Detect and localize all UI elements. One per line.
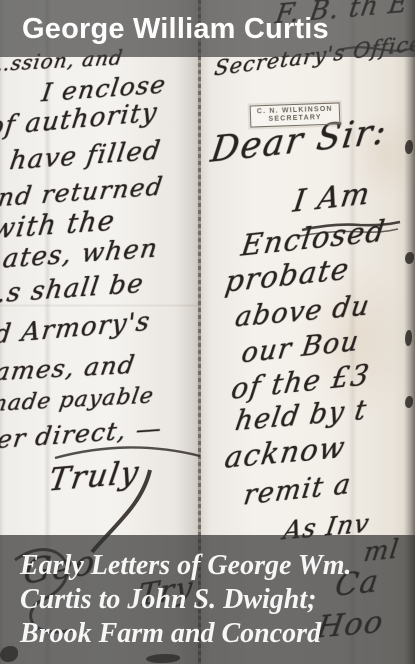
book-title: Early Letters of George Wm. Curtis to Jo…	[0, 535, 415, 651]
author-band: George William Curtis	[0, 0, 415, 57]
book-title-line-2: Curtis to John S. Dwight;	[20, 583, 407, 617]
book-cover: …ssion, and I enclose of authority have …	[0, 0, 415, 664]
book-title-line-3: Brook Farm and Concord	[20, 617, 407, 651]
book-title-line-1: Early Letters of George Wm.	[20, 549, 407, 583]
secretary-stamp: C. N. WILKINSON SECRETARY	[250, 102, 341, 127]
stamp-title: SECRETARY	[257, 114, 333, 125]
author-name: George William Curtis	[0, 0, 415, 46]
title-band: Early Letters of George Wm. Curtis to Jo…	[0, 535, 415, 664]
